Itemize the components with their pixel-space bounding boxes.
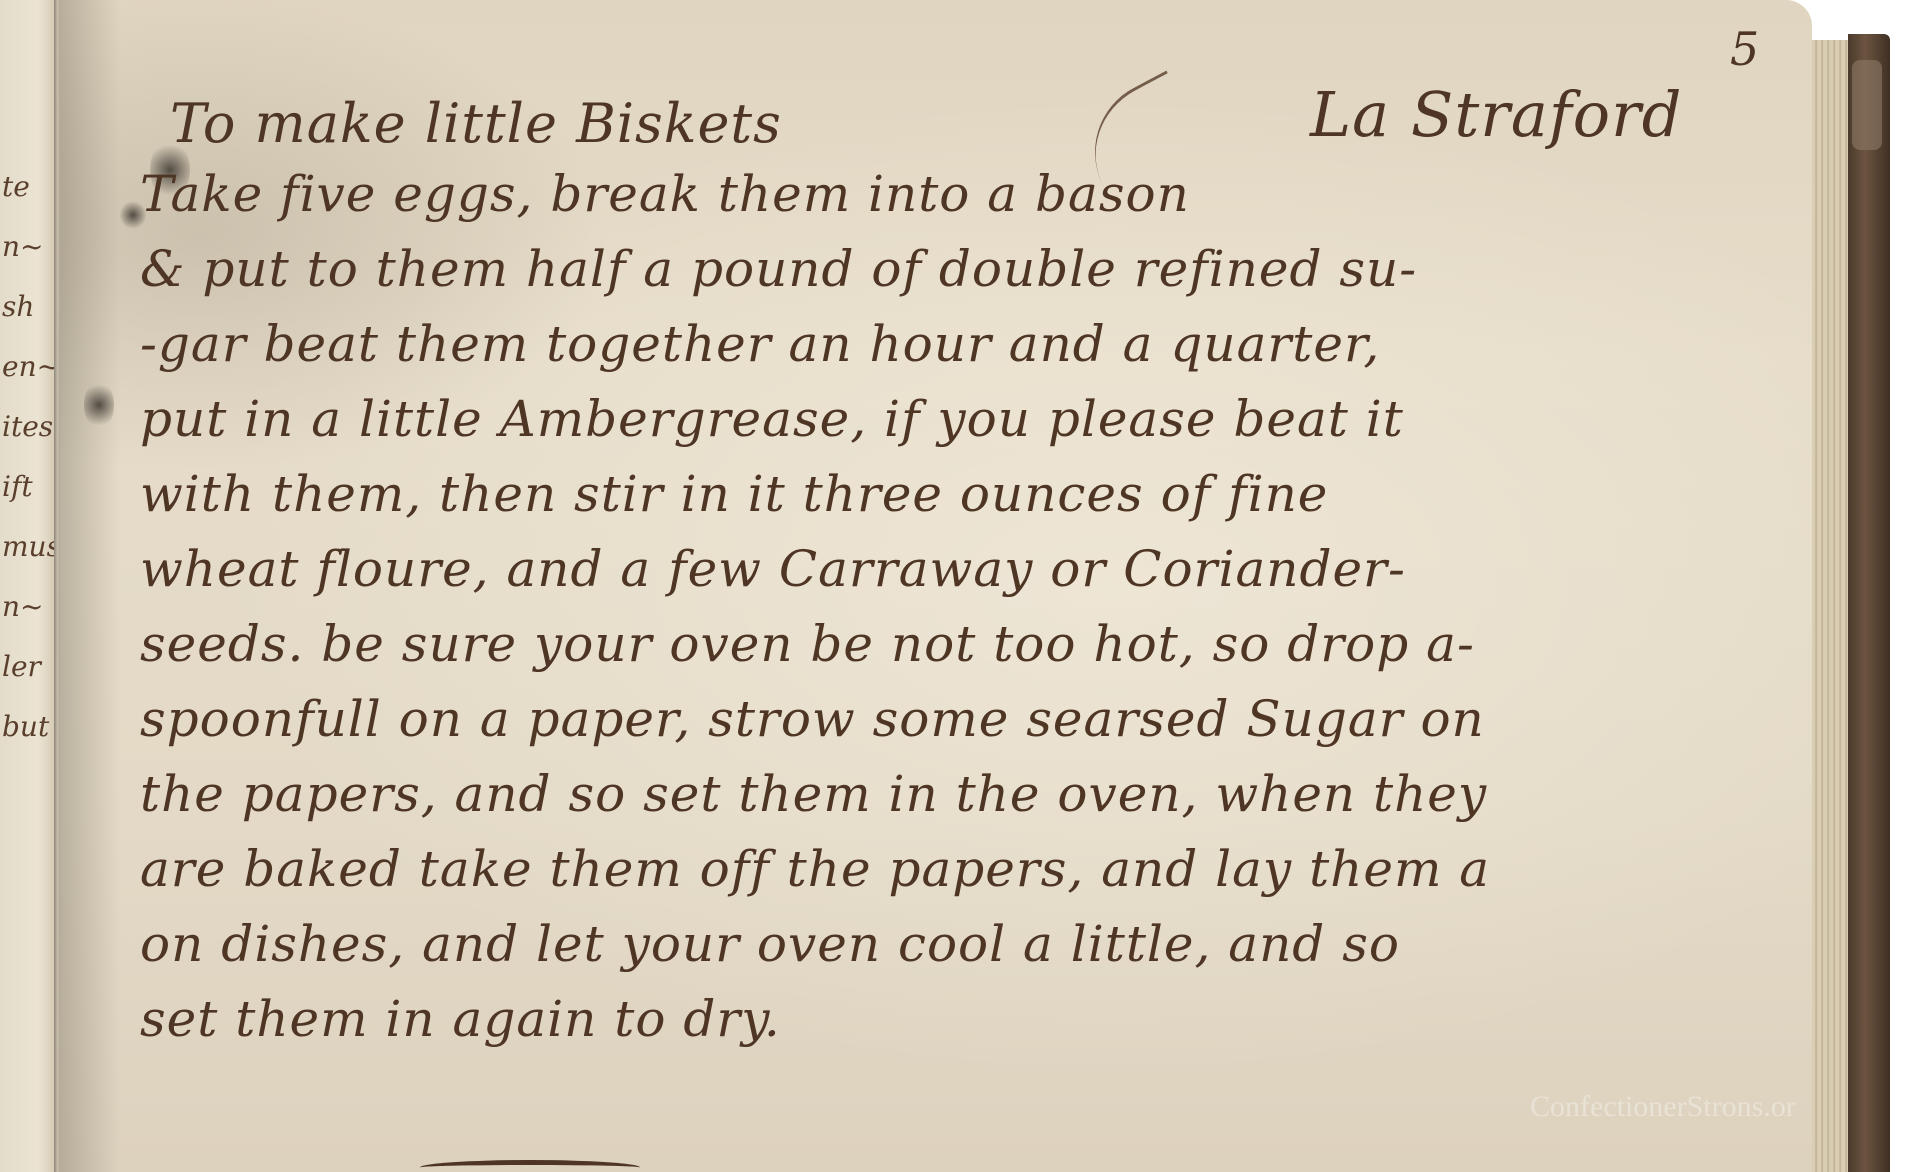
facing-page-text: mush: [2, 530, 54, 563]
book-cover: [1848, 34, 1890, 1172]
gutter-shadow: [60, 0, 120, 1172]
facing-page-text: te: [2, 170, 30, 203]
facing-page-text: en~: [2, 350, 54, 383]
recipe-line: set them in again to dry.: [140, 990, 781, 1048]
watermark: ConfectionerStrons.or: [1530, 1090, 1796, 1124]
recipe-line: -gar beat them together an hour and a qu…: [140, 315, 1380, 373]
recipe-title: To make little Biskets: [170, 92, 782, 155]
recipe-line: & put to them half a pound of double ref…: [140, 240, 1417, 298]
recipe-line: on dishes, and let your oven cool a litt…: [140, 915, 1400, 973]
recipe-line: Take five eggs, break them into a bason: [140, 165, 1190, 223]
book-page-edges: [1812, 40, 1848, 1172]
recipe-line: wheat floure, and a few Carraway or Cori…: [140, 540, 1406, 598]
facing-page-text: ift: [2, 470, 33, 503]
manuscript-scan: te n~ sh en~ ites ift mush n~ ler but 5 …: [0, 0, 1920, 1172]
recipe-line: are baked take them off the papers, and …: [140, 840, 1490, 898]
recipe-line: with them, then stir in it three ounces …: [140, 465, 1328, 523]
facing-page-text: ites: [2, 410, 53, 443]
page-number: 5: [1730, 22, 1760, 76]
facing-page-text: but: [2, 710, 49, 743]
facing-page-text: ler: [2, 650, 41, 683]
recipe-attribution: La Straford: [1310, 78, 1682, 151]
cover-wear: [1852, 60, 1882, 150]
recipe-line: put in a little Ambergrease, if you plea…: [140, 390, 1404, 448]
facing-page-text: n~: [2, 230, 44, 263]
facing-page-text: n~: [2, 590, 44, 623]
ink-stain: [84, 380, 114, 430]
recipe-line: spoonfull on a paper, strow some searsed…: [140, 690, 1485, 748]
facing-page-fragment: te n~ sh en~ ites ift mush n~ ler but: [0, 0, 54, 1172]
next-recipe-ink-stroke: [420, 1160, 640, 1172]
recipe-line: seeds. be sure your oven be not too hot,…: [140, 615, 1475, 673]
recipe-line: the papers, and so set them in the oven,…: [140, 765, 1487, 823]
facing-page-text: sh: [2, 290, 34, 323]
